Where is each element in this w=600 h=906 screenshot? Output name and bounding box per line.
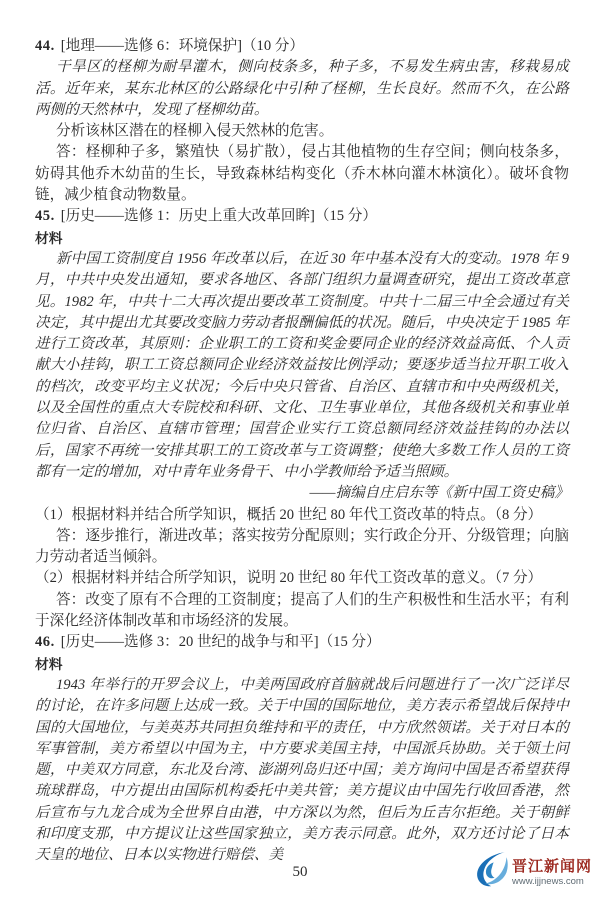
- question-45-sub1-answer: 答：逐步推行，渐进改革；落实按劳分配原则；实行政企分开、分级管理；向脑力劳动者适…: [35, 526, 569, 569]
- question-46-heading: 46.[历史——选修 3：20 世纪的战争与和平]（15 分）: [35, 632, 569, 653]
- question-46-number: 46.: [35, 634, 55, 650]
- question-44-title: [地理——选修 6：环境保护]（10 分）: [61, 38, 304, 54]
- question-45-sub1-question: （1）根据材料并结合所学知识，概括 20 世纪 80 年代工资改革的特点。（8 …: [35, 505, 569, 526]
- page-content: 44.[地理——选修 6：环境保护]（10 分） 干旱区的柽柳为耐旱灌木，侧向枝…: [35, 36, 569, 867]
- question-45-number: 45.: [35, 208, 55, 224]
- question-46-title: [历史——选修 3：20 世纪的战争与和平]（15 分）: [61, 634, 381, 650]
- question-46: 46.[历史——选修 3：20 世纪的战争与和平]（15 分） 材料 1943 …: [35, 632, 569, 866]
- exam-paper-page: 44.[地理——选修 6：环境保护]（10 分） 干旱区的柽柳为耐旱灌木，侧向枝…: [0, 0, 600, 906]
- question-44-heading: 44.[地理——选修 6：环境保护]（10 分）: [35, 36, 569, 57]
- question-44: 44.[地理——选修 6：环境保护]（10 分） 干旱区的柽柳为耐旱灌木，侧向枝…: [35, 36, 569, 206]
- site-url: www.ijjnews.com: [512, 876, 584, 887]
- question-45-sub2-answer: 答：改变了原有不合理的工资制度；提高了人们的生产积极性和生活水平；有利于深化经济…: [35, 590, 569, 633]
- question-45-heading: 45.[历史——选修 1：历史上重大改革回眸]（15 分）: [35, 206, 569, 227]
- question-44-task: 分析该林区潜在的柽柳入侵天然林的危害。: [35, 121, 569, 142]
- question-44-number: 44.: [35, 38, 55, 54]
- question-45-sub2-question: （2）根据材料并结合所学知识，说明 20 世纪 80 年代工资改革的意义。（7 …: [35, 568, 569, 589]
- question-45-title: [历史——选修 1：历史上重大改革回眸]（15 分）: [61, 208, 377, 224]
- question-44-answer: 答：柽柳种子多，繁殖快（易扩散），侵占其他植物的生存空间；侧向枝条多，妨碍其他乔…: [35, 142, 569, 206]
- question-46-material-label: 材料: [35, 654, 569, 675]
- site-watermark-text: 晋江新闻网 www.ijjnews.com: [512, 859, 592, 887]
- question-45-source-attribution: ——摘编自庄启东等《新中国工资史稿》: [35, 483, 569, 504]
- ijjnews-swoosh-logo-icon: [475, 850, 509, 895]
- question-45-material-label: 材料: [35, 228, 569, 249]
- question-45-material: 新中国工资制度自 1956 年改革以后，在近 30 年中基本没有大的变动。197…: [35, 249, 569, 483]
- question-46-material: 1943 年举行的开罗会议上，中美两国政府首脑就战后问题进行了一次广泛详尽的讨论…: [35, 675, 569, 867]
- site-name: 晋江新闻网: [512, 859, 592, 876]
- question-44-material: 干旱区的柽柳为耐旱灌木，侧向枝条多，种子多，不易发生病虫害，移栽易成活。近年来，…: [35, 57, 569, 121]
- question-45: 45.[历史——选修 1：历史上重大改革回眸]（15 分） 材料 新中国工资制度…: [35, 206, 569, 632]
- site-watermark: 晋江新闻网 www.ijjnews.com: [475, 850, 592, 895]
